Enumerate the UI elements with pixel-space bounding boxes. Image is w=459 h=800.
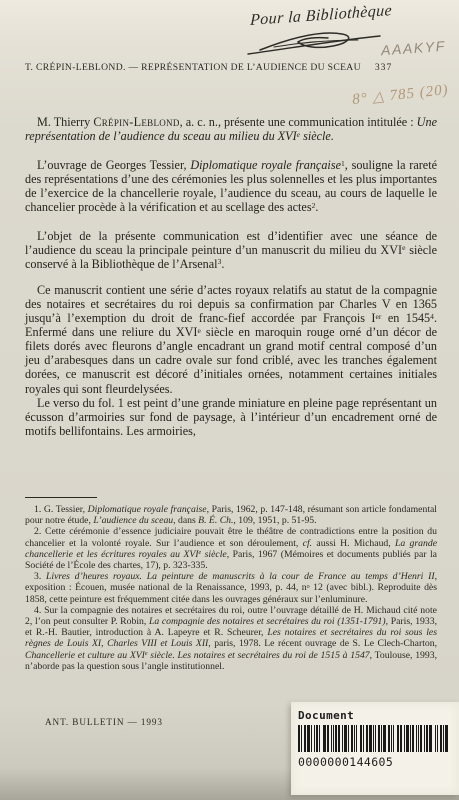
text-segment: XVI: [183, 549, 198, 560]
text-segment: .: [221, 257, 224, 271]
barcode-bar: [307, 725, 310, 752]
text-segment: Crépin-Leblond: [93, 115, 179, 129]
text-segment: L’ouvrage de Georges Tessier,: [37, 158, 190, 172]
text-segment: Le verso du fol. 1 est peint d’une grand…: [25, 396, 437, 438]
footnote-separator-rule: [25, 497, 97, 498]
barcode-bar: [363, 725, 364, 752]
barcode-bar: [424, 725, 425, 752]
barcode-bar: [366, 725, 368, 752]
text-segment: siècle. Les notaires et secrétaires du r…: [148, 650, 370, 661]
barcode-bar: [435, 725, 436, 752]
footnote: 2. Cette cérémonie d’essence judiciaire …: [25, 526, 437, 571]
barcode-bar: [400, 725, 402, 752]
barcode-bar: [344, 725, 347, 752]
paragraph: L’objet de la présente communication est…: [25, 229, 437, 271]
text-segment: 2: [312, 201, 316, 210]
body-text: M. Thierry Crépin-Leblond, a. c. n., pré…: [25, 115, 437, 438]
barcode-icon: [298, 725, 450, 752]
barcode-bar: [342, 725, 343, 752]
barcode-bar: [348, 725, 349, 752]
barcode-bar: [373, 725, 374, 752]
text-segment: 1: [341, 159, 345, 168]
barcode-bar: [331, 725, 332, 752]
text-segment: .: [315, 200, 318, 214]
barcode-bar: [383, 725, 386, 752]
handwritten-accession-code: AAAKYF: [381, 38, 447, 58]
text-segment: , paris, 1978. Le récent ouvrage de S. L…: [208, 638, 437, 649]
text-segment: B. É. Ch.: [198, 515, 233, 526]
barcode-bar: [301, 725, 302, 752]
paragraph: Ce manuscrit contient une série d’actes …: [25, 283, 437, 396]
imprint-line: ANT. BULLETIN — 1993: [45, 717, 163, 727]
barcode-bar: [393, 725, 394, 752]
barcode-bar: [311, 725, 312, 752]
text-segment: XVI: [380, 243, 402, 257]
paragraph: M. Thierry Crépin-Leblond, a. c. n., pré…: [25, 115, 437, 143]
page-number: 337: [375, 62, 392, 73]
barcode-bar: [323, 725, 326, 752]
barcode-bar: [388, 725, 390, 752]
text-segment: 3.: [34, 571, 46, 582]
barcode-bar: [443, 725, 444, 752]
handwritten-shelfmark: 8° △ 785 (20): [351, 80, 449, 109]
text-segment: 3: [218, 257, 222, 266]
handwritten-signature: [246, 26, 396, 65]
barcode-bar: [356, 725, 357, 752]
barcode-bar: [319, 725, 320, 752]
text-segment: , dans: [173, 515, 198, 526]
barcode-bar: [426, 725, 428, 752]
barcode-bar: [316, 725, 318, 752]
footnote: 3. Livres d’heures royaux. La peinture d…: [25, 571, 437, 605]
text-segment: siècle.: [300, 129, 334, 143]
barcode-bar: [440, 725, 442, 752]
barcode-bar: [404, 725, 405, 752]
barcode-bar: [335, 725, 337, 752]
text-segment: Diplomatique royale française: [190, 158, 341, 172]
text-segment: siècle: [201, 549, 227, 560]
paragraph: L’ouvrage de Georges Tessier, Diplomatiq…: [25, 158, 437, 214]
barcode-bar: [338, 725, 340, 752]
barcode-bar: [381, 725, 382, 752]
text-segment: L’audience du sceau: [93, 515, 173, 526]
footnote: 4. Sur la compagnie des notaires et secr…: [25, 605, 437, 672]
barcode-label: Document 0000000144605: [291, 702, 459, 795]
text-segment: Chancellerie et culture au: [25, 650, 130, 661]
text-segment: Diplomatique royale française: [88, 504, 207, 515]
barcode-bar: [360, 725, 362, 752]
barcode-bar: [369, 725, 372, 752]
text-segment: Livres d’heures royaux. La peinture de m…: [46, 571, 435, 582]
barcode-bar: [327, 725, 329, 752]
barcode-bar: [412, 725, 414, 752]
barcode-bar: [298, 725, 300, 752]
barcode-bar: [333, 725, 334, 752]
barcode-bar: [410, 725, 411, 752]
text-segment: e: [199, 550, 202, 556]
barcode-bar: [378, 725, 380, 752]
barcode-bar: [354, 725, 355, 752]
text-segment: XVI: [130, 650, 145, 661]
barcode-label-title: Document: [298, 709, 459, 722]
text-segment: 1. G. Tessier,: [34, 504, 88, 515]
barcode-bar: [375, 725, 376, 752]
barcode-bar: [420, 725, 422, 752]
scanned-document-page: { "handwriting": { "dedication": "Pour l…: [0, 0, 459, 800]
running-title: T. CRÉPIN-LEBLOND. — REPRÉSENTATION DE L…: [25, 62, 361, 73]
text-segment: L’objet de la présente communication est…: [25, 229, 437, 257]
signature-scribble-icon: [246, 26, 396, 60]
barcode-bar: [391, 725, 392, 752]
text-segment: La compagnie des notaires et secrétaires…: [149, 616, 386, 627]
running-head: T. CRÉPIN-LEBLOND. — REPRÉSENTATION DE L…: [25, 62, 437, 73]
text-segment: e: [402, 243, 405, 252]
barcode-bar: [437, 725, 438, 752]
text-segment: e: [197, 326, 200, 335]
footnotes: 1. G. Tessier, Diplomatique royale franç…: [25, 504, 437, 672]
text-segment: cf.: [303, 538, 312, 549]
text-segment: , 109, 1951, p. 51-95.: [233, 515, 316, 526]
text-segment: M. Thierry: [37, 115, 93, 129]
text-segment: o: [307, 584, 310, 590]
barcode-bar: [314, 725, 315, 752]
text-segment: e: [145, 651, 148, 657]
barcode-number: 0000000144605: [298, 755, 459, 769]
text-segment: aussi H. Michaud,: [312, 538, 395, 549]
text-segment: e: [297, 130, 300, 139]
text-segment: XVI: [278, 129, 297, 143]
barcode-bar: [429, 725, 432, 752]
barcode-bar: [445, 725, 448, 752]
barcode-bar: [418, 725, 419, 752]
text-segment: , a. c. n., présente une communication i…: [180, 115, 417, 129]
barcode-bar: [406, 725, 409, 752]
text-segment: 4: [430, 312, 434, 321]
text-segment: er: [375, 312, 381, 321]
barcode-bar: [397, 725, 399, 752]
barcode-bar: [351, 725, 353, 752]
text-segment: en 1545: [381, 311, 430, 325]
paragraph: Le verso du fol. 1 est peint d’une grand…: [25, 396, 437, 438]
footnote: 1. G. Tessier, Diplomatique royale franç…: [25, 504, 437, 526]
barcode-bar: [304, 725, 306, 752]
text-segment: XVI: [176, 325, 198, 339]
barcode-bar: [416, 725, 417, 752]
